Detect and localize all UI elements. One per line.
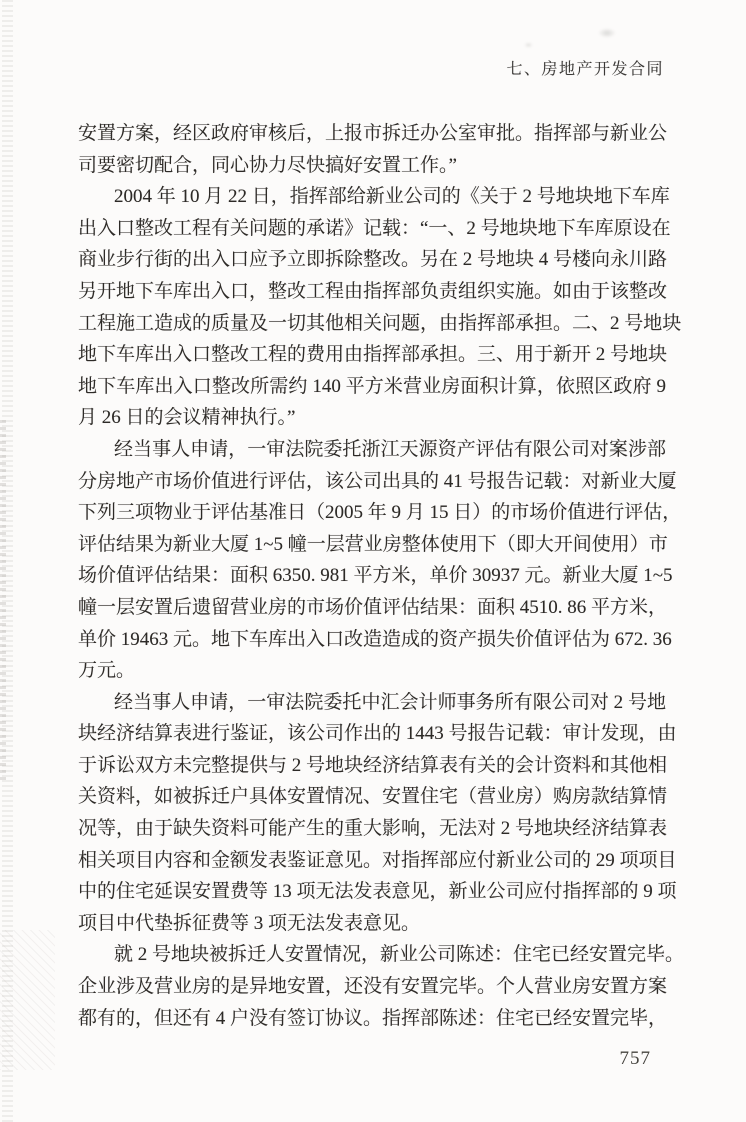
text-line: 万元。 [78, 655, 666, 687]
text-line: 于诉讼双方未完整提供与 2 号地块经济结算表有关的会计资料和其他相 [78, 750, 666, 782]
text-line: 单价 19463 元。地下车库出入口改造造成的资产损失价值评估为 672. 36 [78, 624, 666, 656]
text-line: 分房地产市场价值进行评估，该公司出具的 41 号报告记载：对新业大厦 [78, 466, 666, 498]
text-line: 下列三项物业于评估基准日（2005 年 9 月 15 日）的市场价值进行评估， [78, 497, 666, 529]
text-line: 况等，由于缺失资料可能产生的重大影响，无法对 2 号地块经济结算表 [78, 813, 666, 845]
text-line: 幢一层安置后遗留营业房的市场价值评估结果：面积 4510. 86 平方米， [78, 592, 666, 624]
text-line: 中的住宅延误安置费等 13 项无法发表意见，新业公司应付指挥部的 9 项 [78, 876, 666, 908]
text-line: 另开地下车库出入口，整改工程由指挥部负责组织实施。如由于该整改 [78, 276, 666, 308]
text-line: 就 2 号地块被拆迁人安置情况，新业公司陈述：住宅已经安置完毕。 [78, 939, 666, 971]
text-line: 项目中代垫拆征费等 3 项无法发表意见。 [78, 908, 666, 940]
text-line: 企业涉及营业房的是异地安置，还没有安置完毕。个人营业房安置方案 [78, 971, 666, 1003]
scanned-document-page: 七、房地产开发合同 安置方案，经区政府审核后，上报市拆迁办公室审批。指挥部与新业… [0, 0, 746, 1122]
text-line: 商业步行街的出入口应予立即拆除整改。另在 2 号地块 4 号楼向永川路 [78, 244, 666, 276]
scan-corner-hatch [0, 930, 55, 1070]
text-line: 司要密切配合，同心协力尽快搞好安置工作。” [78, 150, 666, 182]
scan-smudge [598, 28, 616, 38]
running-header-section-title: 七、房地产开发合同 [506, 56, 664, 79]
page-number: 757 [620, 1048, 652, 1070]
body-text: 安置方案，经区政府审核后，上报市拆迁办公室审批。指挥部与新业公司要密切配合，同心… [78, 118, 666, 1034]
scan-edge-texture-dense [0, 420, 6, 780]
text-line: 场价值评估结果：面积 6350. 981 平方米，单价 30937 元。新业大厦… [78, 560, 666, 592]
text-line: 工程施工造成的质量及一切其他相关问题，由指挥部承担。二、2 号地块 [78, 308, 666, 340]
text-line: 块经济结算表进行鉴证，该公司作出的 1443 号报告记载：审计发现，由 [78, 718, 666, 750]
text-line: 关资料，如被拆迁户具体安置情况、安置住宅（营业房）购房款结算情 [78, 781, 666, 813]
text-line: 安置方案，经区政府审核后，上报市拆迁办公室审批。指挥部与新业公 [78, 118, 666, 150]
text-line: 相关项目内容和金额发表鉴证意见。对指挥部应付新业公司的 29 项项目 [78, 845, 666, 877]
text-line: 经当事人申请，一审法院委托中汇会计师事务所有限公司对 2 号地 [78, 687, 666, 719]
text-line: 出入口整改工程有关问题的承诺》记载：“一、2 号地块地下车库原设在 [78, 213, 666, 245]
text-line: 都有的，但还有 4 户没有签订协议。指挥部陈述：住宅已经安置完毕， [78, 1003, 666, 1035]
text-line: 经当事人申请，一审法院委托浙江天源资产评估有限公司对案涉部 [78, 434, 666, 466]
text-line: 地下车库出入口整改所需约 140 平方米营业房面积计算，依照区政府 9 [78, 371, 666, 403]
text-line: 月 26 日的会议精神执行。” [78, 402, 666, 434]
text-line: 评估结果为新业大厦 1~5 幢一层营业房整体使用下（即大开间使用）市 [78, 529, 666, 561]
scan-smudge-small [524, 42, 533, 48]
text-line: 地下车库出入口整改工程的费用由指挥部承担。三、用于新开 2 号地块 [78, 339, 666, 371]
text-line: 2004 年 10 月 22 日，指挥部给新业公司的《关于 2 号地块地下车库 [78, 181, 666, 213]
